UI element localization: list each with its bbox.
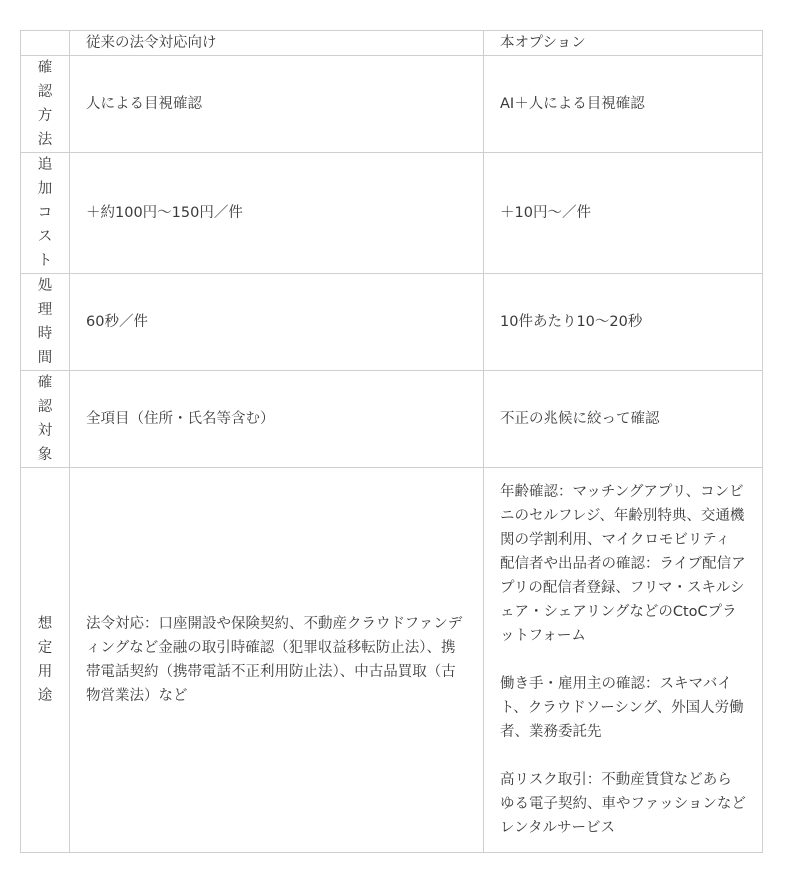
- row-label-time: 処 理 時 間: [21, 274, 70, 371]
- table-row-target: 確 認 対 象 全項目（住所・氏名等含む） 不正の兆候に絞って確認: [21, 371, 763, 468]
- header-row: 従来の法令対応向け 本オプション: [21, 31, 763, 56]
- row-label-cost: 追 加 コ ス ト: [21, 153, 70, 274]
- use-case-streamer-seller: 配信者や出品者の確認：ライブ配信アプリの配信者登録、フリマ・スキルシェア・シェア…: [500, 552, 746, 648]
- header-corner-cell: [21, 31, 70, 56]
- table-row-time: 処 理 時 間 60秒／件 10件あたり10～20秒: [21, 274, 763, 371]
- use-case-age-verification: 年齢確認：マッチングアプリ、コンビニのセルフレジ、年齢別特典、交通機関の学割利用…: [500, 480, 746, 552]
- row-label-char: ト: [37, 249, 53, 273]
- cell-conventional-method: 人による目視確認: [70, 56, 484, 153]
- cell-option-time: 10件あたり10～20秒: [484, 274, 763, 371]
- row-label-char: 理: [37, 298, 53, 322]
- row-label-char: 途: [37, 684, 53, 708]
- table-row-method: 確 認 方 法 人による目視確認 AI＋人による目視確認: [21, 56, 763, 153]
- row-label-char: 認: [37, 395, 53, 419]
- header-option: 本オプション: [484, 31, 763, 56]
- row-label-char: 加: [37, 177, 53, 201]
- row-label-char: 想: [37, 612, 53, 636]
- header-conventional: 従来の法令対応向け: [70, 31, 484, 56]
- row-label-char: 認: [37, 80, 53, 104]
- cell-conventional-time: 60秒／件: [70, 274, 484, 371]
- paragraph-gap: [500, 744, 746, 768]
- cell-option-target: 不正の兆候に絞って確認: [484, 371, 763, 468]
- row-label-char: 法: [37, 128, 53, 152]
- row-label-char: 追: [37, 153, 53, 177]
- row-label-char: 定: [37, 636, 53, 660]
- row-label-char: 時: [37, 322, 53, 346]
- row-label-char: 確: [37, 371, 53, 395]
- row-label-char: 象: [37, 443, 53, 467]
- paragraph-gap: [500, 648, 746, 672]
- cell-option-use-cases: 年齢確認：マッチングアプリ、コンビニのセルフレジ、年齢別特典、交通機関の学割利用…: [484, 468, 763, 853]
- row-label-char: ス: [37, 225, 53, 249]
- row-label-target: 確 認 対 象: [21, 371, 70, 468]
- use-case-worker-employer: 働き手・雇用主の確認：スキマバイト、クラウドソーシング、外国人労働者、業務委託先: [500, 672, 746, 744]
- row-label-char: コ: [37, 201, 53, 225]
- row-label-char: 方: [37, 104, 53, 128]
- row-label-use-cases: 想 定 用 途: [21, 468, 70, 853]
- cell-conventional-target: 全項目（住所・氏名等含む）: [70, 371, 484, 468]
- row-label-char: 確: [37, 56, 53, 80]
- table-row-cost: 追 加 コ ス ト ＋約100円～150円／件 ＋10円～／件: [21, 153, 763, 274]
- table-row-use-cases: 想 定 用 途 法令対応：口座開設や保険契約、不動産クラウドファンディングなど金…: [21, 468, 763, 853]
- use-case-high-risk: 高リスク取引：不動産賃貸などあらゆる電子契約、車やファッションなどレンタルサービ…: [500, 768, 746, 840]
- cell-conventional-cost: ＋約100円～150円／件: [70, 153, 484, 274]
- row-label-char: 対: [37, 419, 53, 443]
- comparison-table: 従来の法令対応向け 本オプション 確 認 方 法 人による目視確認 AI＋人によ…: [20, 30, 763, 853]
- row-label-char: 処: [37, 274, 53, 298]
- cell-conventional-use-cases: 法令対応：口座開設や保険契約、不動産クラウドファンディングなど金融の取引時確認（…: [70, 468, 484, 853]
- cell-option-cost: ＋10円～／件: [484, 153, 763, 274]
- row-label-char: 用: [37, 660, 53, 684]
- row-label-char: 間: [37, 346, 53, 370]
- cell-option-method: AI＋人による目視確認: [484, 56, 763, 153]
- row-label-method: 確 認 方 法: [21, 56, 70, 153]
